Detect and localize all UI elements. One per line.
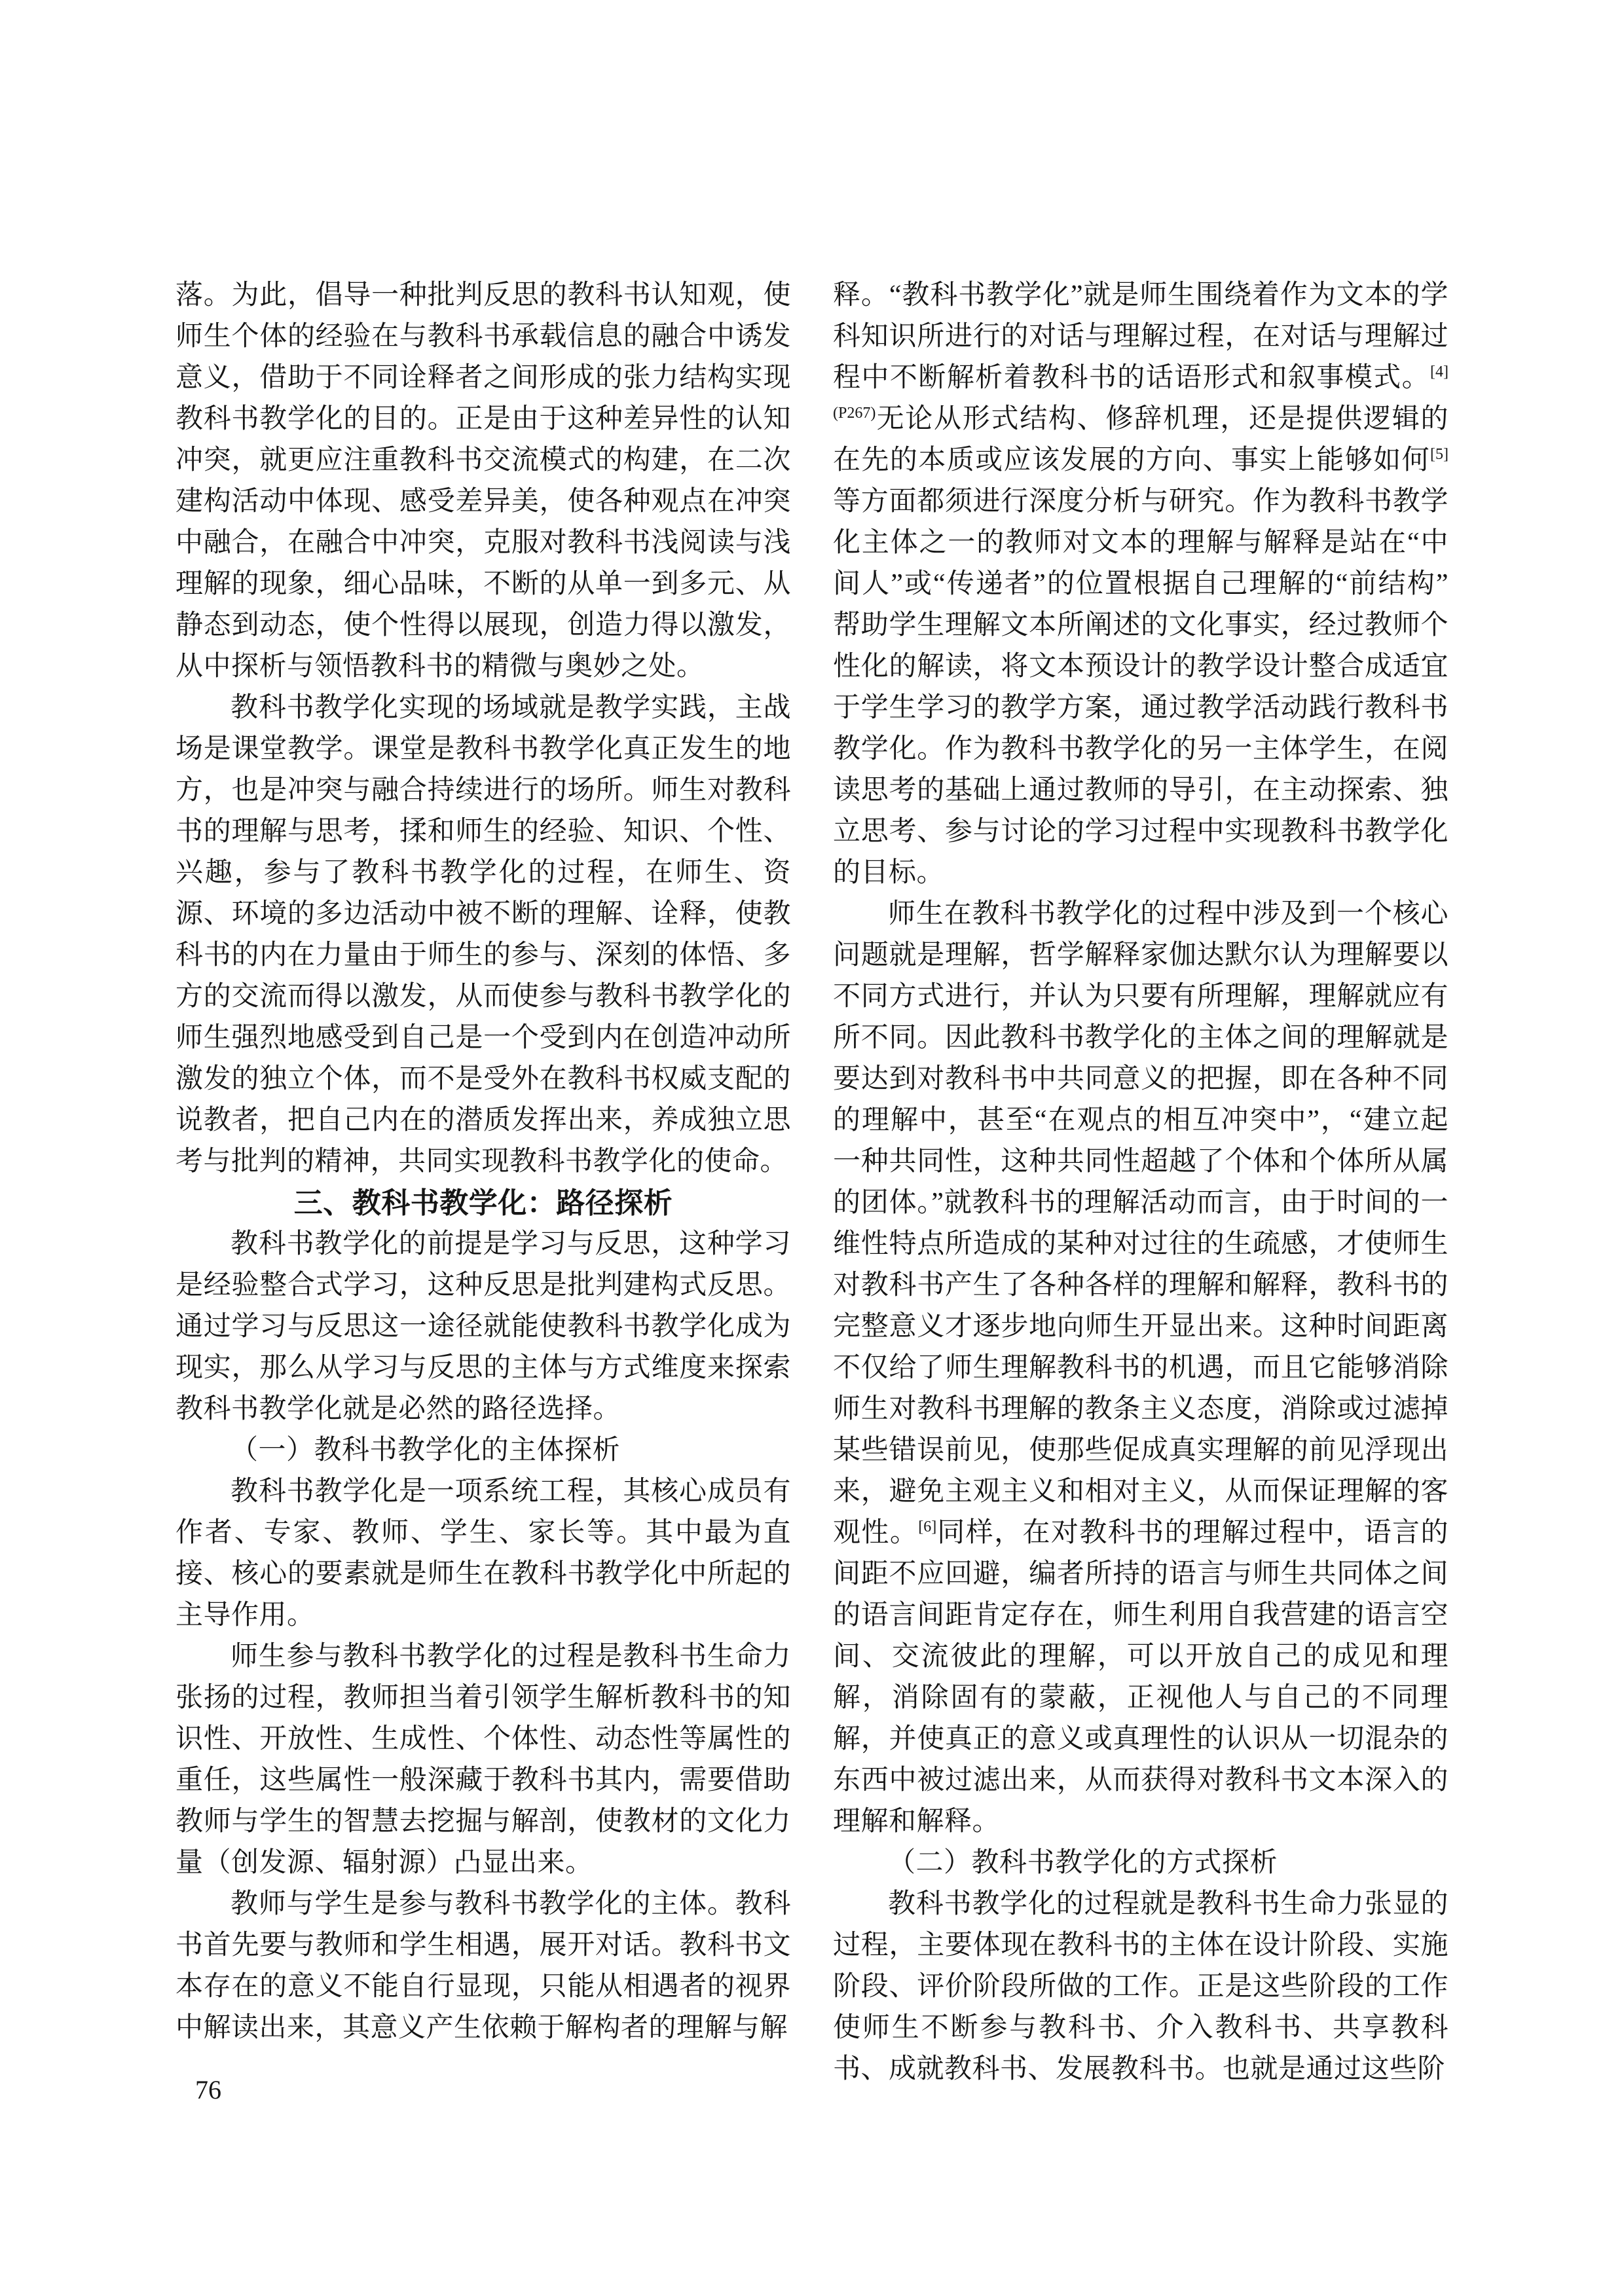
paragraph: 师生在教科书教学化的过程中涉及到一个核心问题就是理解，哲学解释家伽达默尔认为理解… <box>833 894 1449 1843</box>
subsection-heading: （一）教科书教学化的主体探析 <box>175 1430 791 1471</box>
column-right: 释。“教科书教学化”就是师生围绕着作为文本的学科知识所进行的对话与理解过程，在对… <box>833 275 1449 2090</box>
subsection-heading: （二）教科书教学化的方式探析 <box>833 1843 1449 1884</box>
column-left: 落。为此，倡导一种批判反思的教科书认知观，使师生个体的经验在与教科书承载信息的融… <box>175 275 791 2049</box>
paragraph: 教科书教学化实现的场域就是教学实践，主战场是课堂教学。课堂是教科书教学化真正发生… <box>175 688 791 1183</box>
paragraph: 教科书教学化的前提是学习与反思，这种学习是经验整合式学习，这种反思是批判建构式反… <box>175 1224 791 1430</box>
page-number: 76 <box>195 2074 221 2106</box>
citation-superscript: [4](P267) <box>833 363 1449 422</box>
paragraph-continued: 落。为此，倡导一种批判反思的教科书认知观，使师生个体的经验在与教科书承载信息的融… <box>175 275 791 688</box>
paragraph: 教科书教学化是一项系统工程，其核心成员有作者、专家、教师、学生、家长等。其中最为… <box>175 1471 791 1636</box>
paragraph: 师生参与教科书教学化的过程是教科书生命力张扬的过程，教师担当着引领学生解析教科书… <box>175 1636 791 1884</box>
paragraph: 教师与学生是参与教科书教学化的主体。教科书首先要与教师和学生相遇，展开对话。教科… <box>175 1884 791 2049</box>
citation-superscript: [6] <box>918 1518 936 1535</box>
section-heading: 三、教科书教学化：路径探析 <box>175 1183 791 1224</box>
paragraph-continued: 释。“教科书教学化”就是师生围绕着作为文本的学科知识所进行的对话与理解过程，在对… <box>833 275 1449 894</box>
paragraph: 教科书教学化的过程就是教科书生命力张显的过程，主要体现在教科书的主体在设计阶段、… <box>833 1884 1449 2090</box>
citation-superscript: [5] <box>1430 446 1449 463</box>
paper-page: 落。为此，倡导一种批判反思的教科书认知观，使师生个体的经验在与教科书承载信息的融… <box>0 0 1624 2295</box>
